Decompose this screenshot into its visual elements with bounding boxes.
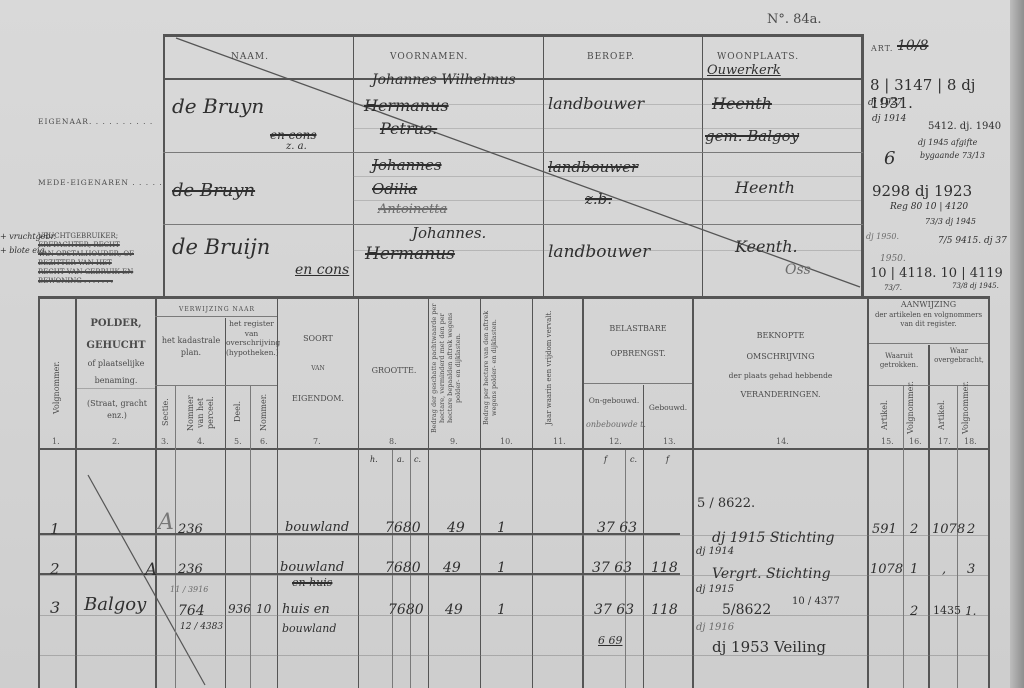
- art-note: 10 | 4118. 10 | 4119: [870, 266, 1003, 281]
- row-volg-from: 2: [910, 522, 918, 537]
- row-sectie-note: 11 / 3916: [170, 585, 208, 594]
- header-volg-to: Volgnommer.: [961, 390, 981, 434]
- row-grootte: 7680: [385, 560, 421, 576]
- row-volg-to: 1.: [965, 604, 976, 618]
- row-ongebouwd-2: 6 69: [598, 634, 623, 647]
- col-number: 10.: [500, 437, 513, 446]
- row-perceel: 236: [178, 562, 203, 577]
- row-grootte: 7680: [388, 602, 424, 618]
- owner-2-beroep-2: z.b.: [585, 190, 612, 208]
- row-verandering-2: dj 1914: [696, 546, 734, 557]
- header-beroep: BEROEP.: [587, 52, 635, 62]
- unit-cent: c.: [630, 455, 637, 464]
- col-number: 12.: [609, 437, 622, 446]
- row-gebouwd: 118: [651, 560, 678, 576]
- header-omschrijving: OMSCHRIJVING: [694, 351, 867, 363]
- header-soort: SOORT: [279, 333, 357, 345]
- row-aftrek: 1: [497, 602, 506, 618]
- owner-1-woonplaats: Heenth: [712, 94, 772, 113]
- row-perceel-note: 12 / 4383: [180, 622, 223, 632]
- header-plaats-gehad: der plaats gehad hebbende: [694, 370, 867, 382]
- row-volg-from: 1: [910, 562, 918, 577]
- owner-1-voornaam-2: Hermanus: [364, 96, 449, 115]
- art-label: ART.: [871, 44, 893, 53]
- header-eigendom: EIGENDOM.: [279, 393, 357, 405]
- header-opbrengst: OPBRENGST.: [584, 348, 692, 360]
- row-pachtwaarde: 49: [447, 520, 465, 536]
- owner-3-woonplaats: Keenth.: [735, 237, 798, 256]
- unit-centiare: c.: [414, 455, 421, 464]
- art-note: 6: [884, 148, 895, 169]
- owner-2-naam: de Bruyn: [172, 180, 255, 201]
- col-number: 2.: [112, 437, 120, 446]
- row-volg-to: 3: [967, 562, 975, 577]
- header-artikel-from: Artikel.: [880, 395, 890, 435]
- row-aftrek: 1: [497, 520, 506, 536]
- row-artikel-from: 591: [872, 522, 897, 537]
- art-note: bygaande 73/13: [920, 151, 985, 160]
- header-van: VAN: [279, 363, 357, 375]
- register-page: N°. 84a. NAAM. VOORNAMEN. BEROEP. WOONPL…: [0, 0, 1010, 688]
- row-soort-2: bouwland: [282, 622, 336, 635]
- col-number: 15.: [881, 437, 894, 446]
- owner-1-woonplaats-2: gem. Balgoy: [705, 127, 799, 145]
- col-number: 11.: [553, 437, 566, 446]
- label-eigenaar: EIGENAAR. . . . . . . . . .: [38, 117, 153, 126]
- header-register: het register van overschrijving (hypothe…: [226, 319, 277, 357]
- row-verandering-top: 5 / 8622.: [697, 496, 755, 511]
- art-note: 73/3 dj 1945: [925, 217, 976, 226]
- owner-2-voornaam-3: Antoinetta: [378, 202, 447, 217]
- owner-1-naam: de Bruyn: [172, 94, 264, 118]
- row-perceel: 236: [178, 522, 203, 537]
- row-soort: bouwland: [280, 560, 344, 575]
- header-beknopte: BEKNOPTE: [694, 330, 867, 342]
- header-kadastrale: het kadastrale plan.: [160, 335, 222, 359]
- art-note: dj 1927: [868, 98, 902, 108]
- art-note: 5412. dj. 1940: [928, 121, 1001, 132]
- header-volgnommer: Volgnommer.: [52, 340, 62, 435]
- col-number: 18.: [964, 437, 977, 446]
- row-verandering-frac: 10 / 4377: [792, 596, 840, 607]
- art-struck-value: 10/8: [897, 38, 928, 54]
- owner-3-beroep: landbouwer: [548, 242, 650, 262]
- row-ongebouwd: 37 63: [592, 560, 632, 576]
- row-aftrek: 1: [497, 560, 506, 576]
- row-polder: Balgoy: [84, 594, 146, 615]
- art-note: 73/7.: [884, 284, 902, 292]
- header-veranderingen: VERANDERINGEN.: [694, 389, 867, 401]
- owner-1-beroep: landbouwer: [548, 94, 644, 113]
- unit-hectare: h.: [370, 455, 378, 464]
- col-number: 5.: [234, 437, 242, 446]
- page-edge: [1010, 0, 1024, 688]
- header-nommer-perceel: Nommer van het perceel.: [186, 392, 216, 434]
- unit-guilder: f: [666, 455, 669, 464]
- header-sectie: Sectie.: [161, 392, 171, 432]
- header-deel: Deel.: [233, 392, 243, 432]
- col-number: 4.: [197, 437, 205, 446]
- header-plaatselijke: of plaatselijke: [77, 358, 155, 370]
- owner-2-voornaam-1: Johannes: [372, 156, 442, 174]
- row-artikel-to: ,: [942, 562, 946, 577]
- margin-note-2: + blote eig.: [0, 246, 47, 255]
- col-number: 9.: [450, 437, 458, 446]
- header-gehucht: GEHUCHT: [77, 340, 155, 352]
- header-benaming: benaming.: [77, 375, 155, 387]
- owner-3-voornaam-2: Hermanus: [365, 244, 455, 264]
- row-perceel: 764: [178, 603, 205, 619]
- row-volg-from: 2: [910, 604, 918, 619]
- header-aanwijzing: AANWIJZING: [869, 299, 988, 311]
- col-number: 7.: [313, 437, 321, 446]
- header-nommer: Nommer.: [259, 392, 269, 432]
- header-pachtwaarde: Bedrag der geschatte pachtwaarde per hec…: [430, 302, 478, 434]
- art-note: dj 1914: [872, 114, 906, 124]
- owner-1-naam-note2: z. a.: [286, 141, 307, 152]
- row-volgnommer: 2: [50, 560, 60, 578]
- header-vrijdom: Jaar waarin een vrijdom vervalt.: [544, 302, 572, 434]
- margin-note-1: + vruchtgebr.: [0, 232, 56, 241]
- ongebouwd-note: onbebouwde t.: [586, 420, 646, 429]
- owner-2-voornaam-2: Odilia: [372, 180, 417, 198]
- col-number: 17.: [938, 437, 951, 446]
- owner-1-voornaam-3: Petrus.: [380, 119, 437, 138]
- header-aftrek: Bedrag per hectare van den aftrek wegens…: [482, 302, 530, 434]
- row-pachtwaarde: 49: [445, 602, 463, 618]
- header-ongebouwd: On-gebouwd.: [586, 395, 642, 407]
- header-waar: Waar overgebracht,: [931, 347, 987, 365]
- art-note: 7/5 9415. dj 37: [938, 236, 1007, 246]
- row-sectie: A: [145, 560, 157, 580]
- owner-2-beroep: landbouwer: [548, 158, 638, 176]
- header-voornamen: VOORNAMEN.: [390, 52, 468, 62]
- header-volg-from: Volgnommer.: [906, 390, 926, 434]
- row-soort: huis en: [282, 602, 330, 617]
- row-ongebouwd: 37 63: [597, 520, 637, 536]
- col-number: 3.: [161, 437, 169, 446]
- header-artikel-to: Artikel.: [937, 395, 947, 435]
- row-soort-2: en huis: [292, 576, 332, 589]
- unit-are: a.: [397, 455, 404, 464]
- row-verandering: dj 1915 Stichting: [712, 530, 834, 546]
- owner-3-woonplaats-2: Oss: [785, 262, 811, 278]
- owner-3-voornaam-1: Johannes.: [412, 224, 486, 242]
- owner-3-naam-note: en cons: [295, 262, 349, 278]
- unit-guilder: f: [604, 455, 607, 464]
- row-verandering-2: dj 1916: [696, 622, 734, 633]
- art-note: 1950.: [880, 254, 906, 264]
- col-number: 13.: [663, 437, 676, 446]
- art-note: dj 1950.: [866, 232, 899, 241]
- header-gebouwd: Gebouwd.: [644, 402, 692, 414]
- row-artikel-from: 1078: [870, 562, 903, 577]
- owner-2-woonplaats: Heenth: [735, 178, 795, 197]
- row-deel: 936: [228, 602, 251, 616]
- header-woonplaats: WOONPLAATS.: [717, 52, 799, 62]
- header-grootte: GROOTTE.: [360, 365, 428, 377]
- owner-3-naam: de Bruijn: [172, 235, 270, 259]
- row-ongebouwd: 37 63: [594, 602, 634, 618]
- owner-1-naam-note: en cons: [270, 128, 316, 142]
- header-polder: POLDER,: [77, 318, 155, 330]
- row-sectie: A: [158, 510, 174, 535]
- row-verandering: 5/8622: [722, 602, 771, 618]
- header-straat: (Straat, gracht enz.): [82, 398, 152, 422]
- col-number: 16.: [909, 437, 922, 446]
- row-pachtwaarde: 49: [443, 560, 461, 576]
- woonplaats-header-note: Ouwerkerk: [707, 63, 781, 78]
- art-note: 9298 dj 1923: [872, 182, 972, 200]
- owner-1-voornaam-1: Johannes Wilhelmus: [372, 72, 516, 88]
- art-note: 73/8 dj 1945.: [952, 282, 999, 290]
- art-note: Reg 80 10 | 4120: [890, 202, 968, 212]
- row-verandering-3: dj 1953 Veiling: [712, 638, 826, 656]
- col-number: 1.: [52, 437, 60, 446]
- row-volgnommer: 1: [50, 520, 60, 538]
- row-gebouwd: 118: [651, 602, 678, 618]
- row-volgnommer: 3: [50, 598, 60, 617]
- header-aanwijzing-sub: der artikelen en volgnommers van dit reg…: [871, 311, 986, 329]
- row-soort: bouwland: [285, 520, 349, 535]
- row-verandering: Vergrt. Stichting: [712, 566, 831, 582]
- header-belastbare: BELASTBARE: [584, 323, 692, 335]
- row-grootte: 7680: [385, 520, 421, 536]
- row-nommer: 10: [256, 602, 271, 616]
- header-verwijzing: VERWIJZING NAAR: [157, 304, 277, 316]
- col-number: 6.: [260, 437, 268, 446]
- row-artikel-to: 1078: [932, 522, 965, 537]
- col-number: 14.: [776, 437, 789, 446]
- row-volg-to: 2: [967, 522, 975, 537]
- art-note: dj 1945 afgifte: [918, 138, 977, 147]
- label-mede-eigenaren: MEDE-EIGENAREN . . . . .: [38, 178, 163, 187]
- row-verandering-2: dj 1915: [696, 584, 734, 595]
- row-artikel-to: 1435: [933, 604, 961, 617]
- col-number: 8.: [389, 437, 397, 446]
- header-waaruit: Waaruit getrokken.: [871, 352, 927, 370]
- header-naam: NAAM.: [231, 52, 269, 62]
